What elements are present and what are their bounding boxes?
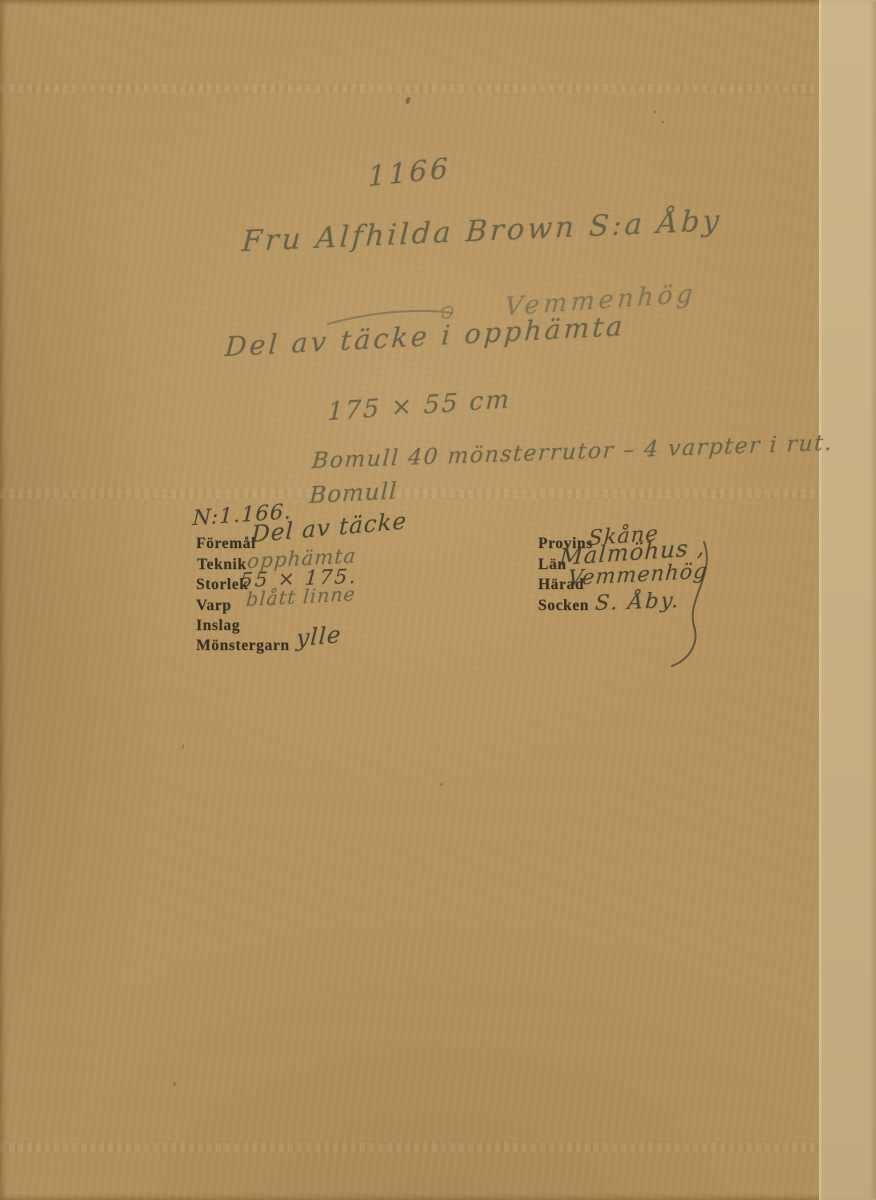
field-label-inslag: Inslag (196, 617, 240, 635)
material-note-2: Bomull (309, 478, 398, 509)
paper-speck (173, 1082, 176, 1086)
paper-speck (440, 783, 443, 786)
pen-tail-flourish (662, 538, 722, 670)
field-label-monstergarn: Mönstergarn (196, 637, 290, 655)
paper-crease (483, 0, 484, 320)
paper-speck (654, 111, 656, 113)
dimensions-note: 175 × 55 cm (327, 384, 512, 426)
field-value-inslag-ditto: ″ ″ (226, 602, 277, 619)
material-note: Bomull 40 mönsterrutor – 4 varpter i rut… (311, 431, 834, 474)
scan-artifact-band (0, 1143, 819, 1152)
scan-artifact-band (0, 84, 819, 93)
scanned-catalog-card: 1166 Fru Alfhilda Brown S:a Åby Vemmenhö… (0, 0, 876, 1200)
paper-speck (405, 97, 411, 105)
field-label-socken: Socken (538, 597, 589, 615)
paper-speck (181, 744, 184, 749)
donor-line: Fru Alfhilda Brown S:a Åby (241, 203, 723, 258)
scan-artifact-band (0, 489, 819, 498)
field-value-monstergarn: ylle (296, 622, 343, 652)
field-label-teknik: Teknik (197, 556, 247, 574)
accession-number: 1166 (368, 151, 451, 193)
paper-speck (662, 121, 664, 123)
scan-edge-strip (819, 0, 876, 1200)
